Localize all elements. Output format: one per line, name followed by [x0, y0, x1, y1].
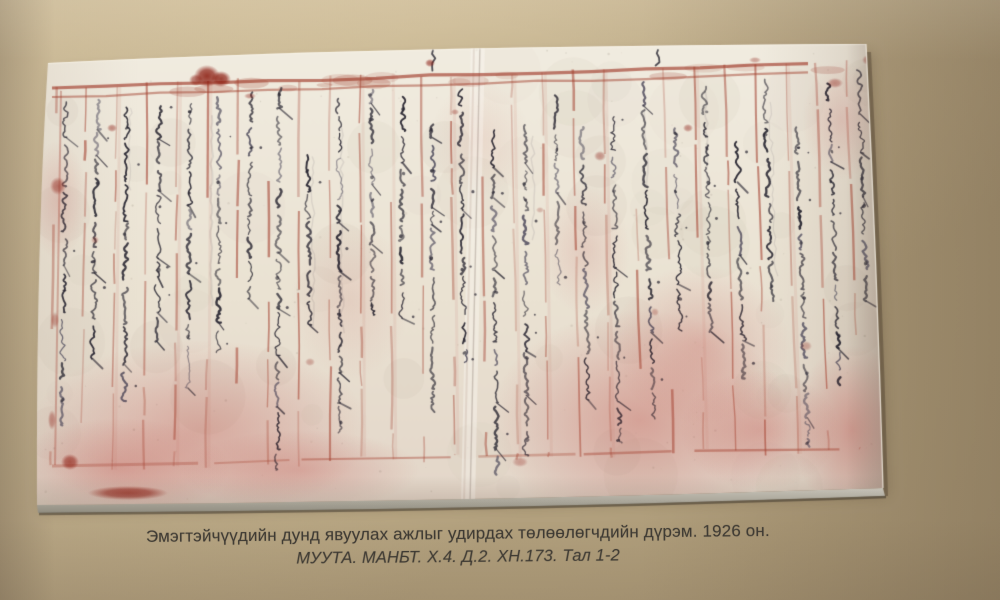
exhibit-panel: Эмэгтэйчүүдийн дунд явуулах ажлыг удирда… — [0, 0, 1000, 600]
photo-caption: Эмэгтэйчүүдийн дунд явуулах ажлыг удирда… — [146, 519, 770, 572]
manuscript-photo — [0, 0, 1000, 600]
